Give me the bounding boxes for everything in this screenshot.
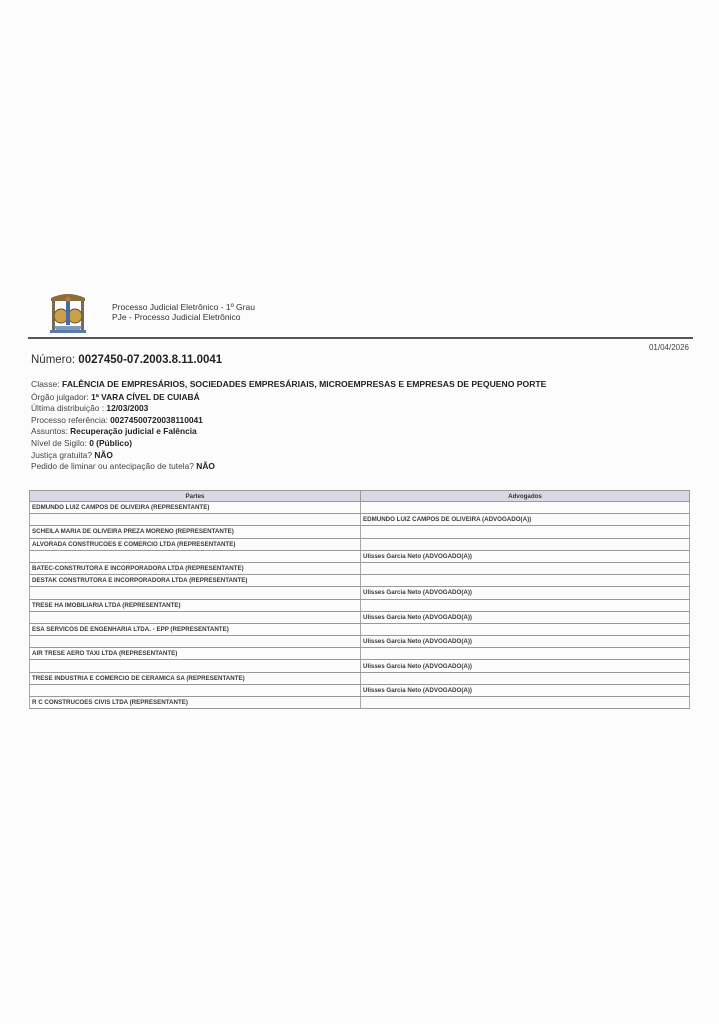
table-row: ALVORADA CONSTRUCOES E COMERCIO LTDA (RE… bbox=[30, 538, 690, 550]
cell-advogado bbox=[361, 599, 690, 611]
field-pedido-liminar: Pedido de liminar ou antecipação de tute… bbox=[31, 461, 546, 473]
field-classe: Classe: FALÊNCIA DE EMPRESÁRIOS, SOCIEDA… bbox=[31, 379, 546, 391]
cell-parte: AIR TRESE AERO TAXI LTDA (REPRESENTANTE) bbox=[30, 648, 361, 660]
table-row: EDMUNDO LUIZ CAMPOS DE OLIVEIRA (ADVOGAD… bbox=[30, 514, 690, 526]
print-date: 01/04/2026 bbox=[649, 343, 689, 352]
cell-advogado bbox=[361, 575, 690, 587]
column-header-partes: Partes bbox=[30, 491, 361, 502]
cell-parte bbox=[30, 550, 361, 562]
document-header: Processo Judicial Eletrônico - 1º Grau P… bbox=[48, 290, 255, 334]
cell-parte: TRESE HA IMOBILIARIA LTDA (REPRESENTANTE… bbox=[30, 599, 361, 611]
table-row: Ulisses Garcia Neto (ADVOGADO(A)) bbox=[30, 611, 690, 623]
table-row: AIR TRESE AERO TAXI LTDA (REPRESENTANTE) bbox=[30, 648, 690, 660]
cell-parte: EDMUNDO LUIZ CAMPOS DE OLIVEIRA (REPRESE… bbox=[30, 502, 361, 514]
cell-advogado: Ulisses Garcia Neto (ADVOGADO(A)) bbox=[361, 611, 690, 623]
field-nivel-sigilo: Nível de Sigilo: 0 (Público) bbox=[31, 438, 546, 450]
court-coat-of-arms-icon bbox=[48, 290, 88, 334]
header-divider bbox=[28, 337, 693, 339]
process-number: Número: 0027450-07.2003.8.11.0041 bbox=[31, 354, 222, 366]
table-row: ESA SERVICOS DE ENGENHARIA LTDA. - EPP (… bbox=[30, 623, 690, 635]
cell-parte bbox=[30, 636, 361, 648]
table-row: Ulisses Garcia Neto (ADVOGADO(A)) bbox=[30, 636, 690, 648]
table-row: EDMUNDO LUIZ CAMPOS DE OLIVEIRA (REPRESE… bbox=[30, 502, 690, 514]
process-number-value: 0027450-07.2003.8.11.0041 bbox=[78, 354, 222, 366]
cell-parte: ALVORADA CONSTRUCOES E COMERCIO LTDA (RE… bbox=[30, 538, 361, 550]
field-orgao-julgador: Órgão julgador: 1ª VARA CÍVEL DE CUIABÁ bbox=[31, 392, 546, 404]
field-assuntos: Assuntos: Recuperação judicial e Falênci… bbox=[31, 426, 546, 438]
cell-parte bbox=[30, 587, 361, 599]
system-name-line2: PJe - Processo Judicial Eletrônico bbox=[112, 312, 255, 322]
system-name-line1: Processo Judicial Eletrônico - 1º Grau bbox=[112, 302, 255, 312]
table-row: Ulisses Garcia Neto (ADVOGADO(A)) bbox=[30, 587, 690, 599]
cell-advogado bbox=[361, 623, 690, 635]
cell-advogado: Ulisses Garcia Neto (ADVOGADO(A)) bbox=[361, 660, 690, 672]
cell-parte bbox=[30, 514, 361, 526]
system-names: Processo Judicial Eletrônico - 1º Grau P… bbox=[112, 302, 255, 322]
cell-parte: DESTAK CONSTRUTORA E INCORPORADORA LTDA … bbox=[30, 575, 361, 587]
table-row: BATEC-CONSTRUTORA E INCORPORADORA LTDA (… bbox=[30, 562, 690, 574]
cell-advogado bbox=[361, 697, 690, 709]
table-row: DESTAK CONSTRUTORA E INCORPORADORA LTDA … bbox=[30, 575, 690, 587]
cell-parte: R C CONSTRUCOES CIVIS LTDA (REPRESENTANT… bbox=[30, 697, 361, 709]
column-header-advogados: Advogados bbox=[361, 491, 690, 502]
table-row: TRESE INDUSTRIA E COMERCIO DE CERAMICA S… bbox=[30, 672, 690, 684]
cell-advogado bbox=[361, 502, 690, 514]
cell-advogado: Ulisses Garcia Neto (ADVOGADO(A)) bbox=[361, 587, 690, 599]
cell-parte bbox=[30, 684, 361, 696]
table-row: Ulisses Garcia Neto (ADVOGADO(A)) bbox=[30, 550, 690, 562]
field-justica-gratuita: Justiça gratuita? NÃO bbox=[31, 450, 546, 462]
cell-advogado bbox=[361, 562, 690, 574]
table-row: Ulisses Garcia Neto (ADVOGADO(A)) bbox=[30, 684, 690, 696]
table-row: SCHEILA MARIA DE OLIVEIRA PREZA MORENO (… bbox=[30, 526, 690, 538]
cell-advogado bbox=[361, 526, 690, 538]
cell-parte: TRESE INDUSTRIA E COMERCIO DE CERAMICA S… bbox=[30, 672, 361, 684]
cell-advogado: EDMUNDO LUIZ CAMPOS DE OLIVEIRA (ADVOGAD… bbox=[361, 514, 690, 526]
table-row: Ulisses Garcia Neto (ADVOGADO(A)) bbox=[30, 660, 690, 672]
table-header-row: Partes Advogados bbox=[30, 491, 690, 502]
cell-parte: SCHEILA MARIA DE OLIVEIRA PREZA MORENO (… bbox=[30, 526, 361, 538]
cell-parte bbox=[30, 660, 361, 672]
cell-parte: BATEC-CONSTRUTORA E INCORPORADORA LTDA (… bbox=[30, 562, 361, 574]
table-row: R C CONSTRUCOES CIVIS LTDA (REPRESENTANT… bbox=[30, 697, 690, 709]
process-number-label: Número: bbox=[31, 354, 78, 366]
field-processo-referencia: Processo referência: 0027450072003811004… bbox=[31, 415, 546, 427]
cell-advogado: Ulisses Garcia Neto (ADVOGADO(A)) bbox=[361, 636, 690, 648]
cell-advogado bbox=[361, 538, 690, 550]
field-ultima-distribuicao: Última distribuição : 12/03/2003 bbox=[31, 403, 546, 415]
cell-parte bbox=[30, 611, 361, 623]
cell-advogado bbox=[361, 648, 690, 660]
cell-parte: ESA SERVICOS DE ENGENHARIA LTDA. - EPP (… bbox=[30, 623, 361, 635]
parties-table: Partes Advogados EDMUNDO LUIZ CAMPOS DE … bbox=[29, 490, 690, 709]
process-details: Classe: FALÊNCIA DE EMPRESÁRIOS, SOCIEDA… bbox=[31, 379, 546, 473]
cell-advogado bbox=[361, 672, 690, 684]
cell-advogado: Ulisses Garcia Neto (ADVOGADO(A)) bbox=[361, 684, 690, 696]
cell-advogado: Ulisses Garcia Neto (ADVOGADO(A)) bbox=[361, 550, 690, 562]
table-row: TRESE HA IMOBILIARIA LTDA (REPRESENTANTE… bbox=[30, 599, 690, 611]
